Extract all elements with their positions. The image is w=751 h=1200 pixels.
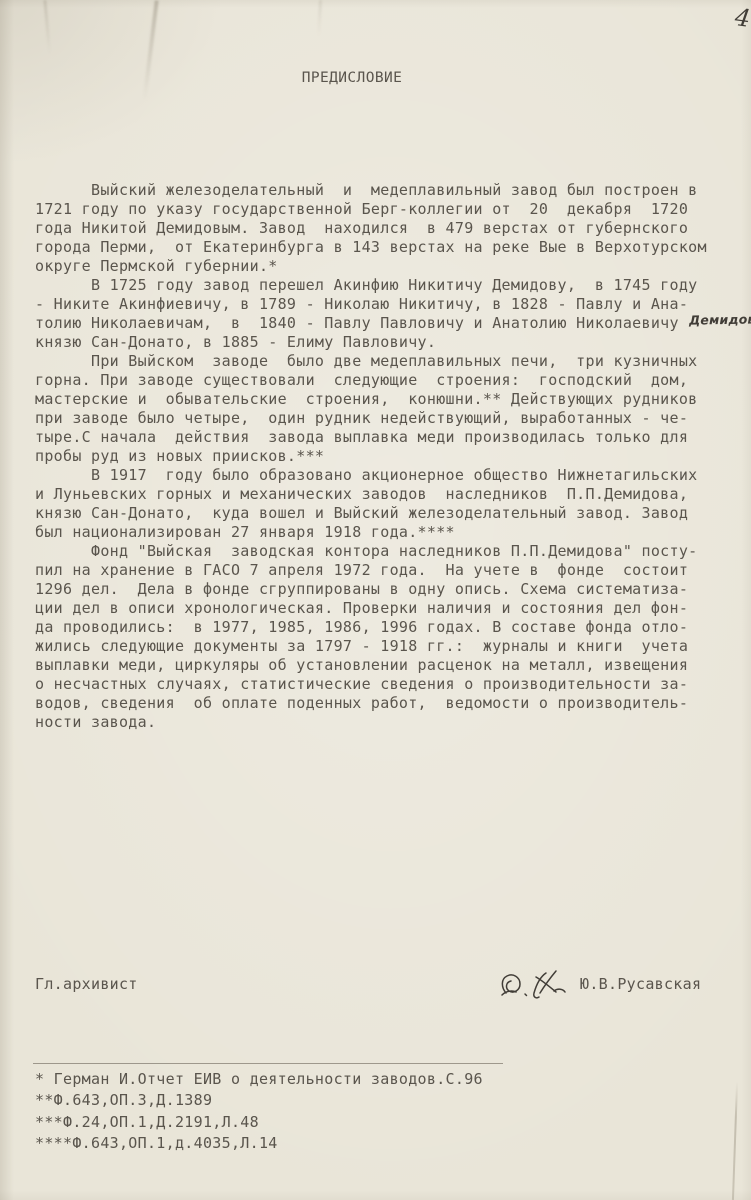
handwritten-page-number: 4 [733, 3, 751, 33]
text-line: года Никитой Демидовым. Завод находился … [35, 219, 735, 238]
text-line: выплавки меди, циркуляры об установлении… [35, 656, 735, 675]
text-line: ции дел в описи хронологическая. Проверк… [35, 599, 735, 618]
text-line: города Перми, от Екатеринбурга в 143 вер… [35, 238, 735, 257]
footnote-item: ****Ф.643,ОП.1,д.4035,Л.14 [35, 1133, 483, 1154]
text-line: пил на хранение в ГАСО 7 апреля 1972 год… [35, 561, 735, 580]
handwritten-signature [498, 957, 580, 1007]
text-line: был национализирован 27 января 1918 года… [35, 523, 735, 542]
handwritten-margin-note: Демидову [689, 311, 751, 327]
archivist-name: Ю.В.Русавская [580, 975, 701, 993]
text-line: жились следующие документы за 1797 - 191… [35, 637, 735, 656]
text-line: ности завода. [35, 713, 735, 732]
text-line: водов, сведения об оплате поденных работ… [35, 694, 735, 713]
text-line: В 1725 году завод перешел Акинфию Никити… [35, 276, 735, 295]
text-line: 1721 году по указу государственной Берг-… [35, 200, 735, 219]
text-line: округе Пермской губернии.* [35, 257, 735, 276]
footnote-item: * Герман И.Отчет ЕИВ о деятельности заво… [35, 1069, 483, 1090]
page-edge-line [732, 1082, 738, 1200]
text-line: 1296 дел. Дела в фонде сгруппированы в о… [35, 580, 735, 599]
paragraph-3: При Выйском заводе было две медеплавильн… [35, 352, 735, 466]
scanned-document-page: { "page": { "handwritten_page_number": "… [0, 0, 751, 1200]
paragraph-5: Фонд "Выйская заводская контора наследни… [35, 542, 735, 732]
paragraph-2: В 1725 году завод перешел Акинфию Никити… [35, 276, 735, 352]
text-line: да проводились: в 1977, 1985, 1986, 1996… [35, 618, 735, 637]
text-line: При Выйском заводе было две медеплавильн… [35, 352, 735, 371]
text-line: пробы руд из новых приисков.*** [35, 447, 735, 466]
footnote-item: ***Ф.24,ОП.1,Д.2191,Л.48 [35, 1112, 483, 1133]
document-body: Выйский железоделательный и медеплавильн… [35, 181, 735, 732]
footnotes-block: * Герман И.Отчет ЕИВ о деятельности заво… [35, 1069, 483, 1155]
archivist-role-label: Гл.архивист [35, 975, 138, 993]
text-line: о несчастных случаях, статистические све… [35, 675, 735, 694]
text-line: горна. При заводе существовали следующие… [35, 371, 735, 390]
text-line: и Луньевских горных и механических завод… [35, 485, 735, 504]
paper-crease [317, 0, 322, 40]
paragraph-1: Выйский железоделательный и медеплавильн… [35, 181, 735, 276]
footnote-item: **Ф.643,ОП.3,Д.1389 [35, 1090, 483, 1111]
paragraph-4: В 1917 году было образовано акционерное … [35, 466, 735, 542]
text-line: Выйский железоделательный и медеплавильн… [35, 181, 735, 200]
text-line: тыре.С начала действия завода выплавка м… [35, 428, 735, 447]
document-title: ПРЕДИСЛОВИЕ [35, 70, 705, 86]
text-line: мастерские и обывательские строения, кон… [35, 390, 735, 409]
text-line: князю Сан-Донато, в 1885 - Елиму Павлови… [35, 333, 735, 352]
text-line: - Никите Акинфиевичу, в 1789 - Николаю Н… [35, 295, 735, 314]
paper-crease [43, 0, 51, 60]
text-line: В 1917 году было образовано акционерное … [35, 466, 735, 485]
text-line: толию Николаевичам, в 1840 - Павлу Павло… [35, 314, 735, 333]
footnote-divider-line [33, 1063, 503, 1064]
text-line: князю Сан-Донато, куда вошел и Выйский ж… [35, 504, 735, 523]
text-line: Фонд "Выйская заводская контора наследни… [35, 542, 735, 561]
text-line: при заводе было четыре, один рудник неде… [35, 409, 735, 428]
paper-crease [141, 0, 158, 110]
